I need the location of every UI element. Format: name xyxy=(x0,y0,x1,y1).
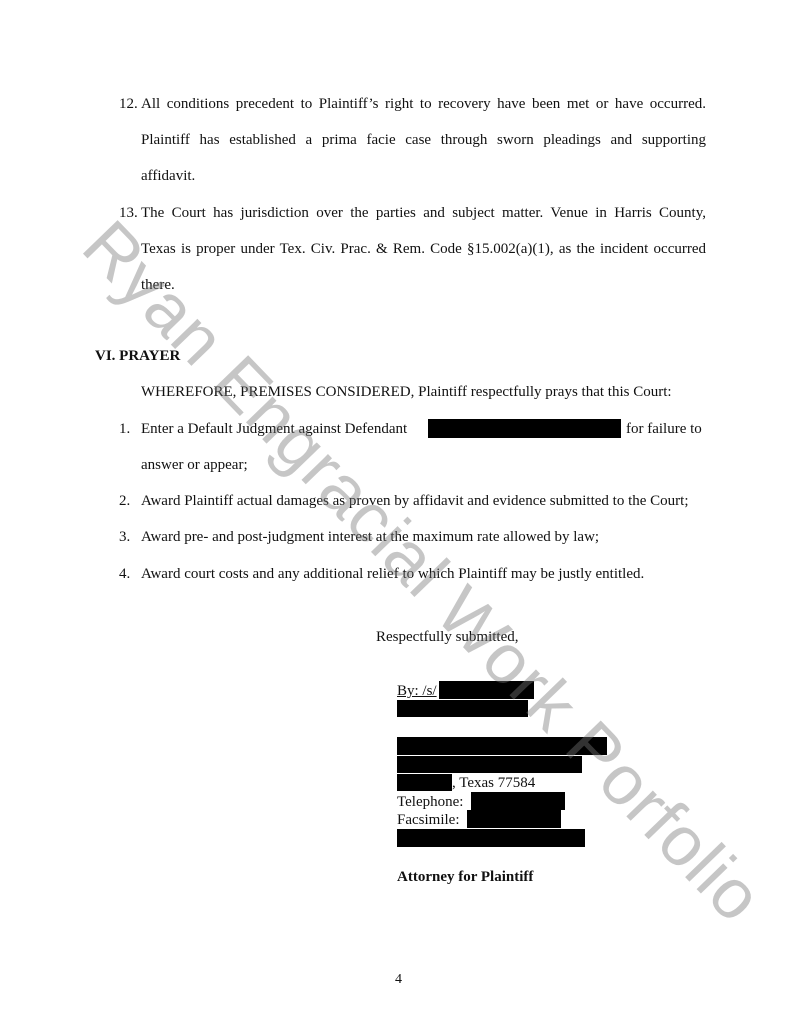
telephone-label: Telephone: xyxy=(397,793,463,811)
prayer-item-text: for failure to xyxy=(626,420,702,438)
closing-text: Respectfully submitted, xyxy=(376,628,518,646)
redaction-telephone xyxy=(471,792,565,810)
prayer-item-text: Award Plaintiff actual damages as proven… xyxy=(141,492,689,510)
prayer-item-number: 4. xyxy=(119,565,130,583)
prayer-item-text: Award court costs and any additional rel… xyxy=(141,565,644,583)
page-number: 4 xyxy=(395,972,402,988)
prayer-item-number: 1. xyxy=(119,420,130,438)
section-heading: VI. PRAYER xyxy=(95,347,180,365)
signature-role: Attorney for Plaintiff xyxy=(397,868,533,886)
paragraph-number: 13. xyxy=(119,204,138,222)
facsimile-label: Facsimile: xyxy=(397,811,460,829)
redaction-email xyxy=(397,829,585,847)
prayer-intro: WHEREFORE, PREMISES CONSIDERED, Plaintif… xyxy=(141,383,672,401)
paragraph-line: there. xyxy=(141,276,175,294)
paragraph-number: 12. xyxy=(119,95,138,113)
paragraph-line: The Court has jurisdiction over the part… xyxy=(141,204,706,222)
redaction-city xyxy=(397,774,452,791)
prayer-item-number: 3. xyxy=(119,528,130,546)
redaction-facsimile xyxy=(467,810,561,828)
prayer-item-text: Award pre- and post-judgment interest at… xyxy=(141,528,599,546)
redaction-signature-name xyxy=(439,681,534,699)
prayer-item-text: answer or appear; xyxy=(141,456,248,474)
prayer-item-number: 2. xyxy=(119,492,130,510)
redaction-street-address xyxy=(397,756,582,773)
redaction-firm-name xyxy=(397,737,607,755)
paragraph-line: Texas is proper under Tex. Civ. Prac. & … xyxy=(141,240,706,258)
prayer-item-text: Enter a Default Judgment against Defenda… xyxy=(141,420,407,438)
redaction-defendant-name xyxy=(428,419,621,438)
paragraph-line: All conditions precedent to Plaintiff’s … xyxy=(141,95,706,113)
paragraph-line: affidavit. xyxy=(141,167,195,185)
paragraph-line: Plaintiff has established a prima facie … xyxy=(141,131,706,149)
document-page: 12. All conditions precedent to Plaintif… xyxy=(0,0,800,1035)
redaction-attorney-name xyxy=(397,700,528,717)
city-state-zip: , Texas 77584 xyxy=(452,774,535,792)
signature-by-label: By: /s/ xyxy=(397,682,437,700)
